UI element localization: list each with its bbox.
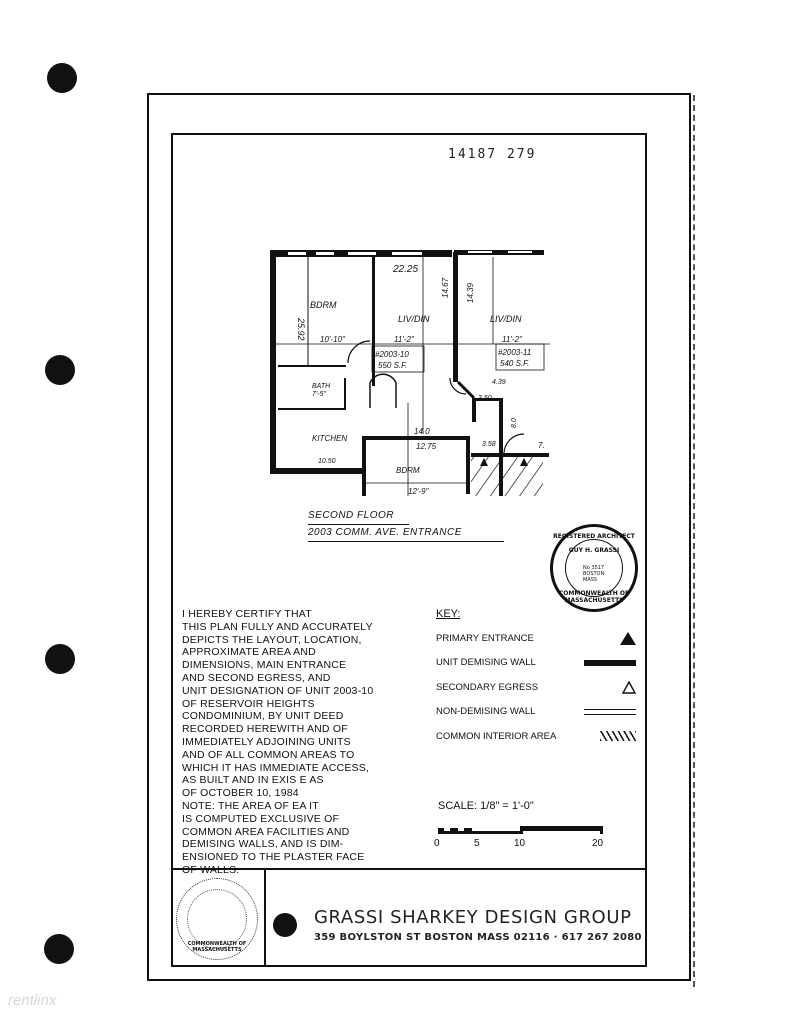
legend-item: NON-DEMISING WALL xyxy=(436,700,636,725)
svg-text:BATH: BATH xyxy=(312,383,331,390)
svg-text:14.39: 14.39 xyxy=(466,282,475,303)
svg-text:#2003-11: #2003-11 xyxy=(498,348,531,357)
punch-hole xyxy=(45,644,75,674)
svg-text:8.0: 8.0 xyxy=(511,418,518,428)
caption-entrance: 2003 COMM. AVE. ENTRANCE xyxy=(308,525,504,542)
svg-text:7'-5": 7'-5" xyxy=(312,391,326,398)
legend: KEY: PRIMARY ENTRANCE UNIT DEMISING WALL… xyxy=(436,608,636,749)
svg-text:11'-2": 11'-2" xyxy=(502,335,523,344)
svg-text:540 S.F.: 540 S.F. xyxy=(500,359,529,368)
scale-label: SCALE: 1/8" = 1'-0" xyxy=(438,800,534,812)
svg-text:14.67: 14.67 xyxy=(441,277,450,298)
svg-text:3.58: 3.58 xyxy=(482,441,496,448)
watermark: rentlinx xyxy=(8,992,56,1009)
company-logo-icon xyxy=(273,913,297,937)
plan-caption: SECOND FLOOR 2003 COMM. AVE. ENTRANCE xyxy=(308,508,504,542)
svg-text:BDRM: BDRM xyxy=(310,300,337,310)
svg-text:12'-9": 12'-9" xyxy=(408,487,430,496)
punch-hole xyxy=(45,355,75,385)
certification-statement: I HEREBY CERTIFY THAT THIS PLAN FULLY AN… xyxy=(182,608,412,877)
company-address: 359 BOYLSTON ST BOSTON MASS 02116 · 617 … xyxy=(314,932,642,943)
svg-text:3.50: 3.50 xyxy=(478,395,492,402)
legend-item: SECONDARY EGRESS xyxy=(436,675,636,700)
svg-text:10'-10": 10'-10" xyxy=(320,335,346,344)
caption-floor: SECOND FLOOR xyxy=(308,508,409,525)
svg-text:7.: 7. xyxy=(538,441,545,450)
hatch-icon xyxy=(600,731,636,741)
document-number: 14187 279 xyxy=(448,147,536,162)
svg-text:4.39: 4.39 xyxy=(492,379,506,386)
scale-bar xyxy=(438,826,603,838)
svg-text:10.50: 10.50 xyxy=(318,458,336,465)
seal-cell: COMMONWEALTH OF MASSACHUSETTS xyxy=(171,870,266,967)
svg-text:BDRM: BDRM xyxy=(396,466,420,475)
floor-plan: 22.25 25.92 BDRM 10'-10" LIV/DIN 11'-2" … xyxy=(268,248,550,496)
company-name: GRASSI SHARKEY DESIGN GROUP xyxy=(314,907,632,928)
svg-text:14.0: 14.0 xyxy=(414,427,430,436)
legend-item: UNIT DEMISING WALL xyxy=(436,651,636,676)
thick-bar-icon xyxy=(584,660,636,666)
double-line-icon xyxy=(584,709,636,715)
punch-hole xyxy=(44,934,74,964)
legend-item: COMMON INTERIOR AREA xyxy=(436,724,636,749)
open-triangle-icon xyxy=(622,681,636,694)
punch-hole xyxy=(47,63,77,93)
svg-text:25.92: 25.92 xyxy=(296,317,306,341)
legend-title: KEY: xyxy=(436,608,636,620)
svg-text:LIV/DIN: LIV/DIN xyxy=(398,314,430,324)
title-block: COMMONWEALTH OF MASSACHUSETTS GRASSI SHA… xyxy=(171,868,647,967)
commonwealth-seal: COMMONWEALTH OF MASSACHUSETTS xyxy=(176,878,258,960)
svg-text:#2003-10: #2003-10 xyxy=(375,350,409,359)
legend-item: PRIMARY ENTRANCE xyxy=(436,626,636,651)
svg-text:KITCHEN: KITCHEN xyxy=(312,434,347,443)
svg-text:22.25: 22.25 xyxy=(392,264,418,275)
svg-text:12.75: 12.75 xyxy=(416,442,437,451)
svg-text:LIV/DIN: LIV/DIN xyxy=(490,314,522,324)
architect-seal: REGISTERED ARCHITECT GUY H. GRASSI No 35… xyxy=(550,524,638,612)
filled-triangle-icon xyxy=(620,632,636,645)
svg-text:550 S.F.: 550 S.F. xyxy=(378,361,407,370)
svg-text:11'-2": 11'-2" xyxy=(394,335,415,344)
